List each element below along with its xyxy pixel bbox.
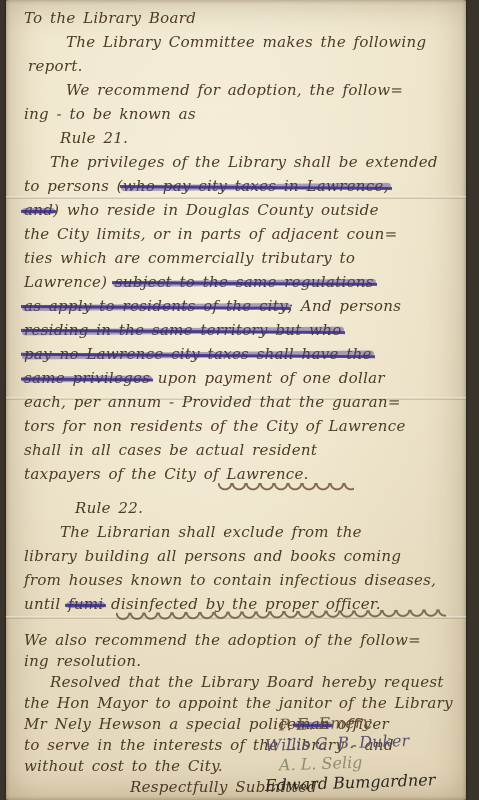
struck-text: residing in the same territory but who [24,321,342,339]
struck-text: pay no Lawrence city taxes shall have th… [24,345,372,363]
struck-text: who pay city taxes in Lawrence, [123,177,389,195]
text-run: shall in all cases be actual resident [24,441,317,459]
text-run: ing - to be known as [24,105,196,123]
manuscript-line: Rule 21. [20,126,454,150]
text-run: ) who reside in Douglas County outside [53,201,379,219]
text-run: upon payment of one dollar [150,369,385,387]
text-run: tors for non residents of the City of La… [24,417,406,435]
text-run: each, per annum - Provided that the guar… [24,393,401,411]
text-run: Rule 21. [60,129,128,147]
manuscript-line: report. [20,54,454,78]
text-run: the Hon Mayor to appoint the janitor of … [24,694,453,712]
text-run: To the Library Board [24,9,196,27]
manuscript-line: same privileges upon payment of one doll… [20,366,454,390]
underline-flourish [218,483,354,491]
struck-text: fumi [68,595,103,613]
manuscript-line: residing in the same territory but who [20,318,454,342]
text-run: The Library Committee makes the followin… [66,33,426,51]
text-run: disinfected by the proper officer. [103,595,380,613]
manuscript-line: library building all persons and books c… [20,544,454,568]
text-run: The Librarian shall exclude from the [60,523,362,541]
text-run: ties which are commercially tributary to [24,249,355,267]
manuscript-line: ties which are commercially tributary to [20,246,454,270]
text-run: Lawrence) [24,273,115,291]
manuscript-line: The Librarian shall exclude from the [20,520,454,544]
struck-text: subject to the same regulations [115,273,374,291]
text-run: The privileges of the Library shall be e… [50,153,438,171]
manuscript-line: tors for non residents of the City of La… [20,414,454,438]
struck-text: same privileges [24,369,150,387]
text-run: until [24,595,68,613]
manuscript-line: ing - to be known as [20,102,454,126]
text-run: We also recommend the adoption of the fo… [24,631,421,649]
manuscript-line: from houses known to contain infectious … [20,568,454,592]
manuscript-line: and) who reside in Douglas County outsid… [20,198,454,222]
manuscript-line: We also recommend the adoption of the fo… [20,630,454,651]
text-run: from houses known to contain infectious … [24,571,436,589]
manuscript-line: The Library Committee makes the followin… [20,30,454,54]
text-run: ; And persons [288,297,401,315]
manuscript-line: To the Library Board [20,6,454,30]
text-run: taxpayers of the City of Lawrence. [24,465,309,483]
manuscript-line: as apply to residents of the city; And p… [20,294,454,318]
struck-text: as apply to residents of the city [24,297,288,315]
struck-text: and [24,201,53,219]
text-run: Resolved that the Library Board hereby r… [50,673,444,691]
signature-block: P. E. EmeryWillis G. B. DukerA. L. Selig… [265,716,455,796]
manuscript-text: To the Library BoardThe Library Committe… [6,0,466,800]
manuscript-line: until fumi disinfected by the proper off… [20,592,454,616]
manuscript-line: Rule 22. [20,496,454,520]
manuscript-line: Resolved that the Library Board hereby r… [20,672,454,693]
manuscript-line: The privileges of the Library shall be e… [20,150,454,174]
text-run: ing resolution. [24,652,141,670]
manuscript-line: to persons (who pay city taxes in Lawren… [20,174,454,198]
manuscript-line: taxpayers of the City of Lawrence. [20,462,454,486]
text-run: report. [28,57,83,75]
text-run: to persons ( [24,177,123,195]
manuscript-line: Lawrence) subject to the same regulation… [20,270,454,294]
text-run: We recommend for adoption, the follow= [66,81,403,99]
manuscript-line: each, per annum - Provided that the guar… [20,390,454,414]
text-run: the City limits, or in parts of adjacent… [24,225,398,243]
text-run: library building all persons and books c… [24,547,401,565]
text-run: Rule 22. [75,499,143,517]
manuscript-line: the City limits, or in parts of adjacent… [20,222,454,246]
manuscript-line: pay no Lawrence city taxes shall have th… [20,342,454,366]
text-run: without cost to the City. [24,757,223,775]
manuscript-line: We recommend for adoption, the follow= [20,78,454,102]
text-run: Mr Nely Hewson a special police [24,715,296,733]
manuscript-line: ing resolution. [20,651,454,672]
manuscript-line: shall in all cases be actual resident [20,438,454,462]
